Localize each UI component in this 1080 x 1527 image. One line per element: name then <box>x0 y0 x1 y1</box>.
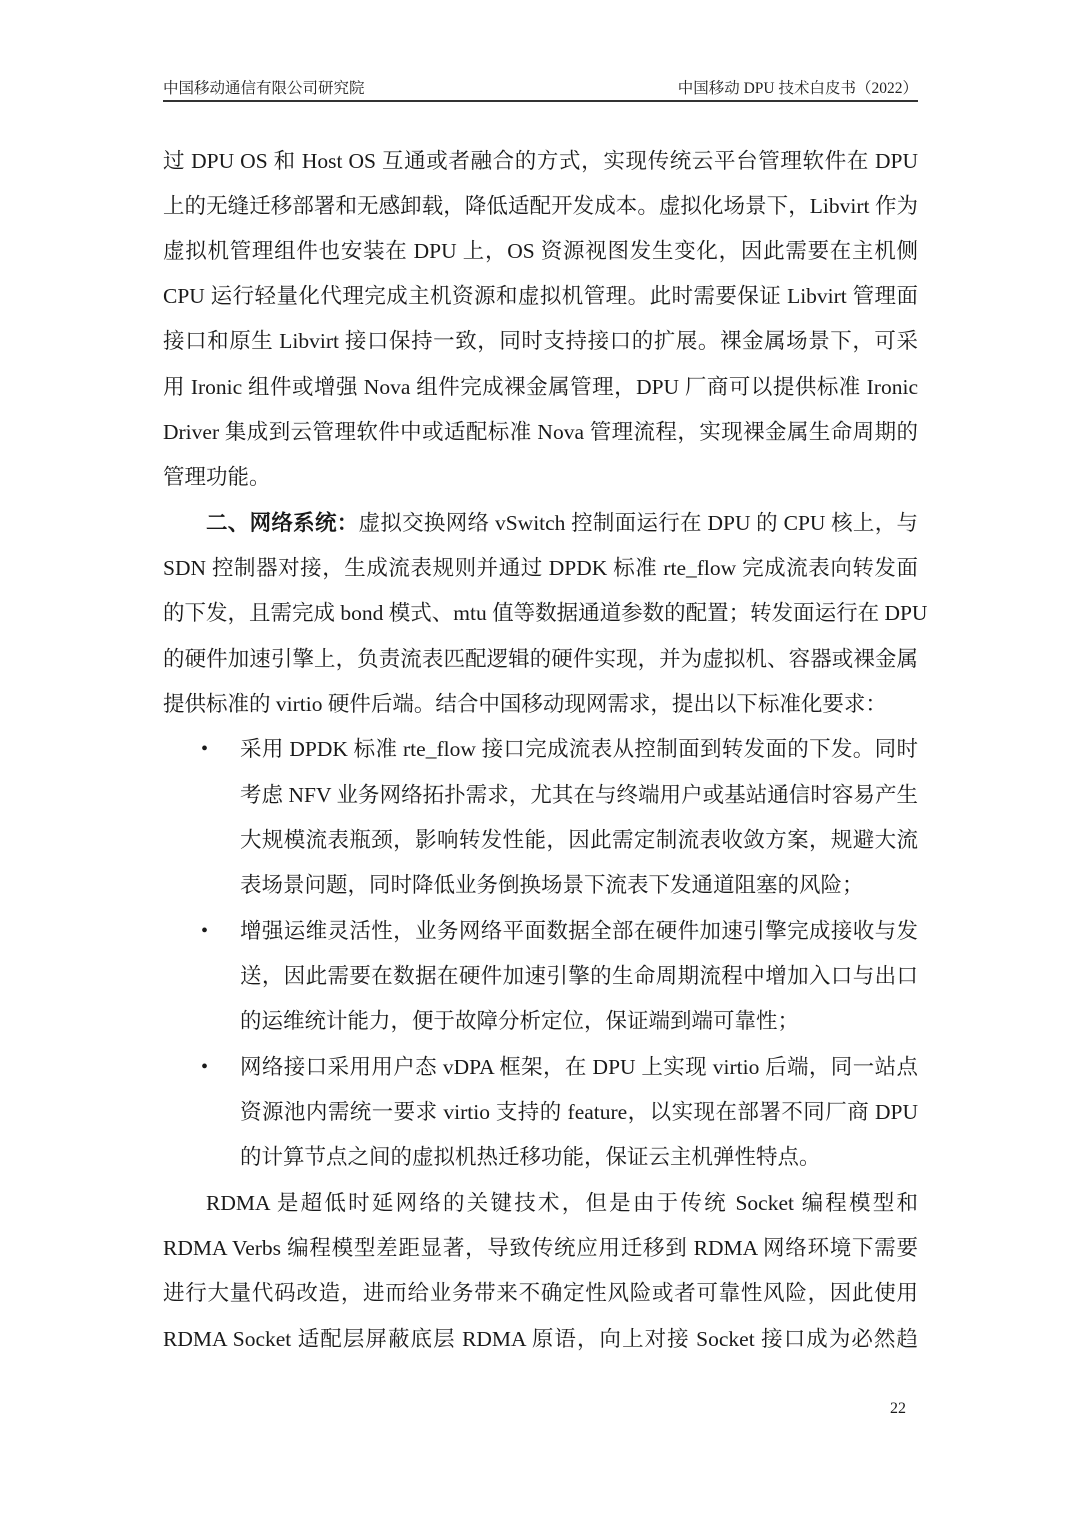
bullet-marker: • <box>201 916 208 946</box>
paragraph-line: RDMA Socket 适配层屏蔽底层 RDMA 原语，向上对接 Socket … <box>163 1324 918 1354</box>
paragraph-line: 上的无缝迁移部署和无感卸载，降低适配开发成本。虚拟化场景下，Libvirt 作为 <box>163 191 918 221</box>
section-heading-line: 二、网络系统：虚拟交换网络 vSwitch 控制面运行在 DPU 的 CPU 核… <box>206 508 918 538</box>
bullet-line: 的运维统计能力，便于故障分析定位，保证端到端可靠性； <box>240 1006 918 1036</box>
paragraph-line: RDMA Verbs 编程模型差距显著，导致传统应用迁移到 RDMA 网络环境下… <box>163 1233 918 1263</box>
paragraph-line: 进行大量代码改造，进而给业务带来不确定性风险或者可靠性风险，因此使用 <box>163 1278 918 1308</box>
paragraph-line: Driver 集成到云管理软件中或适配标准 Nova 管理流程，实现裸金属生命周… <box>163 417 918 447</box>
paragraph-line: 过 DPU OS 和 Host OS 互通或者融合的方式，实现传统云平台管理软件… <box>163 146 918 176</box>
paragraph-line: SDN 控制器对接，生成流表规则并通过 DPDK 标准 rte_flow 完成流… <box>163 553 918 583</box>
bullet-line: 的计算节点之间的虚拟机热迁移功能，保证云主机弹性特点。 <box>240 1142 918 1172</box>
paragraph-line: 提供标准的 virtio 硬件后端。结合中国移动现网需求，提出以下标准化要求： <box>163 689 918 719</box>
section-heading: 二、网络系统： <box>206 511 359 535</box>
paragraph-line: 管理功能。 <box>163 462 918 492</box>
bullet-marker: • <box>201 734 208 764</box>
paragraph-line: 的下发，且需完成 bond 模式、mtu 值等数据通道参数的配置；转发面运行在 … <box>163 598 918 628</box>
paragraph-line: 接口和原生 Libvirt 接口保持一致，同时支持接口的扩展。裸金属场景下，可采 <box>163 326 918 356</box>
bullet-marker: • <box>201 1052 208 1082</box>
bullet-line: 网络接口采用用户态 vDPA 框架，在 DPU 上实现 virtio 后端，同一… <box>240 1052 918 1082</box>
bullet-line: 采用 DPDK 标准 rte_flow 接口完成流表从控制面到转发面的下发。同时 <box>240 734 918 764</box>
header-document-title: 中国移动 DPU 技术白皮书（2022） <box>678 76 918 98</box>
page-number: 22 <box>890 1400 906 1418</box>
bullet-line: 大规模流表瓶颈，影响转发性能，因此需定制流表收敛方案，规避大流 <box>240 825 918 855</box>
header-divider <box>163 100 918 102</box>
paragraph-line: RDMA 是超低时延网络的关键技术，但是由于传统 Socket 编程模型和 <box>206 1188 918 1218</box>
bullet-line: 表场景问题，同时降低业务倒换场景下流表下发通道阻塞的风险； <box>240 870 918 900</box>
paragraph-line: CPU 运行轻量化代理完成主机资源和虚拟机管理。此时需要保证 Libvirt 管… <box>163 281 918 311</box>
bullet-line: 增强运维灵活性，业务网络平面数据全部在硬件加速引擎完成接收与发 <box>240 916 918 946</box>
bullet-line: 考虑 NFV 业务网络拓扑需求，尤其在与终端用户或基站通信时容易产生 <box>240 780 918 810</box>
paragraph-text: 虚拟交换网络 vSwitch 控制面运行在 DPU 的 CPU 核上，与 <box>359 511 918 535</box>
bullet-line: 送，因此需要在数据在硬件加速引擎的生命周期流程中增加入口与出口 <box>240 961 918 991</box>
bullet-line: 资源池内需统一要求 virtio 支持的 feature，以实现在部署不同厂商 … <box>240 1097 918 1127</box>
paragraph-line: 用 Ironic 组件或增强 Nova 组件完成裸金属管理，DPU 厂商可以提供… <box>163 372 918 402</box>
paragraph-line: 虚拟机管理组件也安装在 DPU 上，OS 资源视图发生变化，因此需要在主机侧 <box>163 236 918 266</box>
header-organization: 中国移动通信有限公司研究院 <box>163 76 365 98</box>
paragraph-line: 的硬件加速引擎上，负责流表匹配逻辑的硬件实现，并为虚拟机、容器或裸金属 <box>163 644 918 674</box>
